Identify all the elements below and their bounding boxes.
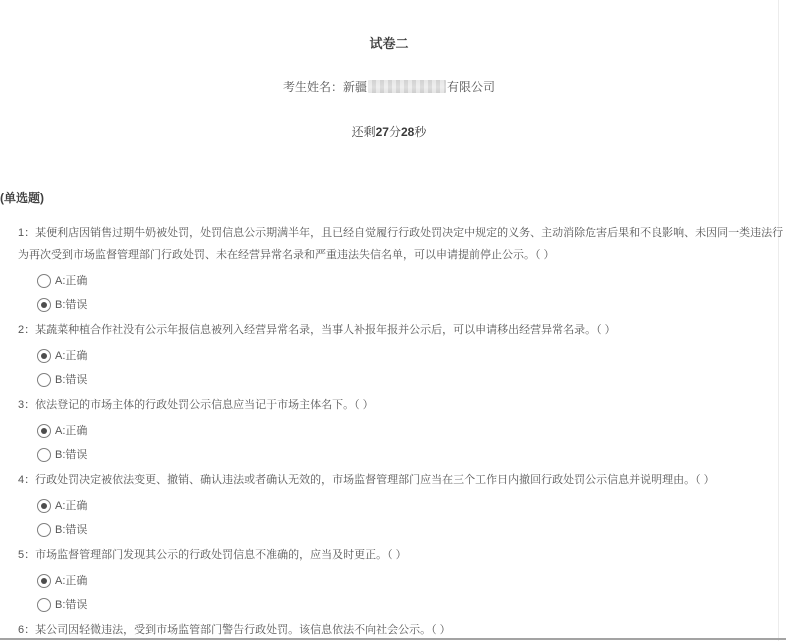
answer-option[interactable]: B:错误 <box>37 593 778 617</box>
answer-option[interactable]: B:错误 <box>37 368 778 392</box>
option-label: B:错误 <box>55 373 87 388</box>
examinee-label: 考生姓名： <box>283 80 343 94</box>
question-text: 2：某蔬菜种植合作社没有公示年报信息被列入经营异常名录，当事人补报年报并公示后，… <box>0 319 786 341</box>
question-body: 行政处罚决定被依法变更、撤销、确认违法或者确认无效的，市场监督管理部门应当在三个… <box>35 474 715 486</box>
radio-button-icon[interactable] <box>37 448 51 462</box>
option-label: A:正确 <box>55 499 87 514</box>
radio-button-icon[interactable] <box>37 598 51 612</box>
examinee-name-prefix: 新疆 <box>343 80 367 94</box>
question-number: 3： <box>18 399 35 411</box>
section-type-label: (单选题) <box>0 190 778 206</box>
question-body: 市场监督管理部门发现其公示的行政处罚信息不准确的，应当及时更正。（ ） <box>35 549 407 561</box>
redacted-name-block <box>368 80 446 93</box>
radio-button-icon[interactable] <box>37 373 51 387</box>
question-block: 3：依法登记的市场主体的行政处罚公示信息应当记于市场主体名下。（ ） A:正确 … <box>0 394 778 467</box>
question-block: 5：市场监督管理部门发现其公示的行政处罚信息不准确的，应当及时更正。（ ） A:… <box>0 544 778 617</box>
radio-button-icon[interactable] <box>37 523 51 537</box>
examinee-name-suffix: 有限公司 <box>447 80 495 94</box>
question-text: 5：市场监督管理部门发现其公示的行政处罚信息不准确的，应当及时更正。（ ） <box>0 544 786 566</box>
radio-button-icon[interactable] <box>37 298 51 312</box>
answer-option[interactable]: B:错误 <box>37 443 778 467</box>
option-label: B:错误 <box>55 298 87 313</box>
answer-option[interactable]: B:错误 <box>37 293 778 317</box>
radio-button-icon[interactable] <box>37 424 51 438</box>
question-block: 1：某便利店因销售过期牛奶被处罚，处罚信息公示期满半年，且已经自觉履行行政处罚决… <box>0 222 778 317</box>
examinee-name-line: 考生姓名：新疆有限公司 <box>0 80 778 95</box>
countdown-timer: 还剩27分28秒 <box>0 125 778 140</box>
question-text: 4：行政处罚决定被依法变更、撤销、确认违法或者确认无效的，市场监督管理部门应当在… <box>0 469 786 491</box>
question-body: 某公司因轻微违法，受到市场监管部门警告行政处罚。该信息依法不向社会公示。（ ） <box>35 624 451 636</box>
question-number: 5： <box>18 549 35 561</box>
timer-minutes: 27 <box>376 125 389 139</box>
answer-option[interactable]: A:正确 <box>37 344 778 368</box>
option-label: A:正确 <box>55 349 87 364</box>
answer-option[interactable]: A:正确 <box>37 419 778 443</box>
option-list: A:正确 B:错误 <box>0 494 778 542</box>
question-body: 某便利店因销售过期牛奶被处罚，处罚信息公示期满半年，且已经自觉履行行政处罚决定中… <box>18 227 783 261</box>
option-label: B:错误 <box>55 598 87 613</box>
exam-page: 试卷二 考生姓名：新疆有限公司 还剩27分28秒 (单选题) 1：某便利店因销售… <box>0 0 779 641</box>
timer-seconds-unit: 秒 <box>414 125 426 139</box>
question-text: 3：依法登记的市场主体的行政处罚公示信息应当记于市场主体名下。（ ） <box>0 394 786 416</box>
answer-option[interactable]: A:正确 <box>37 569 778 593</box>
option-label: B:错误 <box>55 523 87 538</box>
option-label: A:正确 <box>55 574 87 589</box>
page-title: 试卷二 <box>0 36 778 52</box>
answer-option[interactable]: A:正确 <box>37 494 778 518</box>
option-label: A:正确 <box>55 424 87 439</box>
question-body: 某蔬菜种植合作社没有公示年报信息被列入经营异常名录，当事人补报年报并公示后，可以… <box>35 324 616 336</box>
option-list: A:正确 B:错误 <box>0 344 778 392</box>
question-body: 依法登记的市场主体的行政处罚公示信息应当记于市场主体名下。（ ） <box>35 399 374 411</box>
radio-button-icon[interactable] <box>37 499 51 513</box>
question-list: 1：某便利店因销售过期牛奶被处罚，处罚信息公示期满半年，且已经自觉履行行政处罚决… <box>0 222 778 641</box>
radio-button-icon[interactable] <box>37 274 51 288</box>
question-number: 2： <box>18 324 35 336</box>
answer-option[interactable]: B:错误 <box>37 518 778 542</box>
question-text: 1：某便利店因销售过期牛奶被处罚，处罚信息公示期满半年，且已经自觉履行行政处罚决… <box>0 222 786 266</box>
radio-button-icon[interactable] <box>37 574 51 588</box>
option-label: B:错误 <box>55 448 87 463</box>
timer-minutes-unit: 分 <box>389 125 401 139</box>
page-bottom-edge <box>0 638 786 640</box>
option-list: A:正确 B:错误 <box>0 419 778 467</box>
timer-prefix: 还剩 <box>352 125 376 139</box>
question-block: 2：某蔬菜种植合作社没有公示年报信息被列入经营异常名录，当事人补报年报并公示后，… <box>0 319 778 392</box>
answer-option[interactable]: A:正确 <box>37 269 778 293</box>
question-number: 1： <box>18 227 35 239</box>
option-list: A:正确 B:错误 <box>0 269 778 317</box>
question-number: 4： <box>18 474 35 486</box>
question-block: 4：行政处罚决定被依法变更、撤销、确认违法或者确认无效的，市场监督管理部门应当在… <box>0 469 778 542</box>
timer-seconds: 28 <box>401 125 414 139</box>
option-label: A:正确 <box>55 274 87 289</box>
option-list: A:正确 B:错误 <box>0 569 778 617</box>
radio-button-icon[interactable] <box>37 349 51 363</box>
question-number: 6： <box>18 624 35 636</box>
